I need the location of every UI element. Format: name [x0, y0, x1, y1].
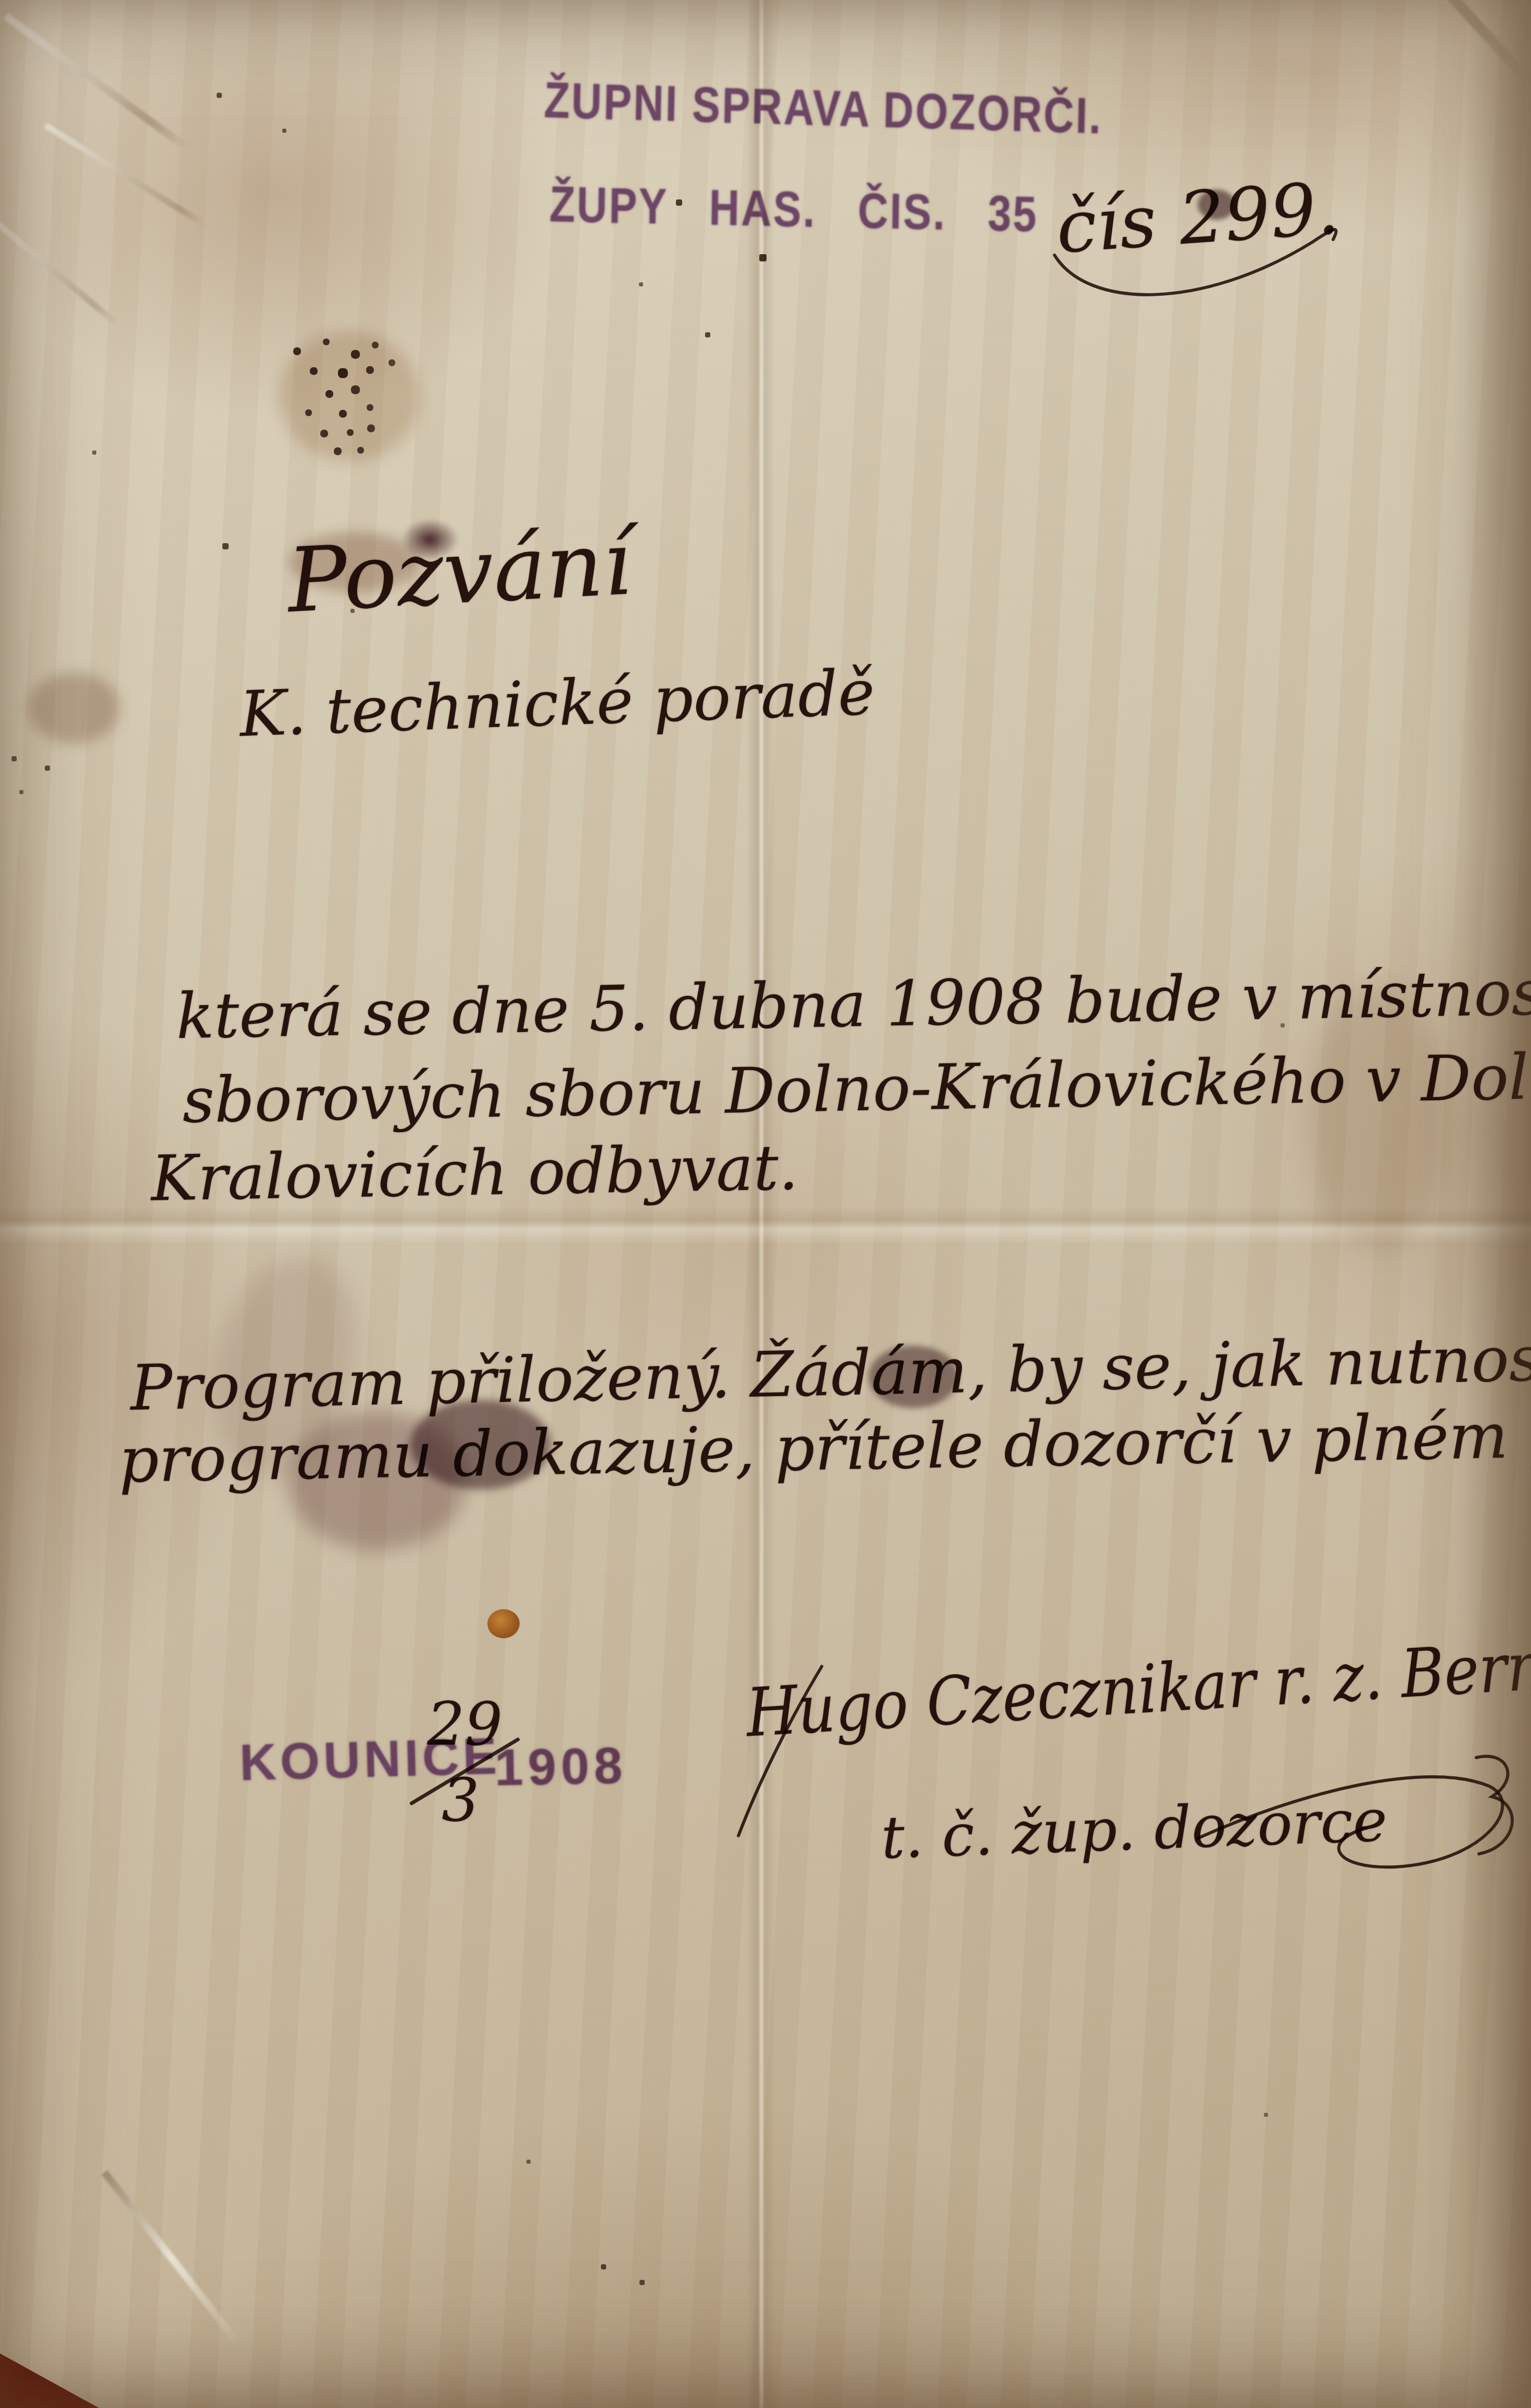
body-line: která se dne 5. dubna 1908 bude v místno… [175, 955, 1531, 1053]
stain [29, 673, 120, 743]
top-left-crease [44, 123, 206, 228]
table-corner-background [0, 2328, 99, 2408]
date-month: 3 [442, 1765, 480, 1835]
date-day: 29 [427, 1689, 503, 1759]
body-line: sborových sboru Dolno-Královického v Dol… [182, 1039, 1531, 1137]
signature-underline-flourish [1187, 1750, 1521, 1896]
letter-document: ŽUPNI SPRAVA DOZORČI. ŽUPY HAS. ČIS. 35 … [0, 0, 1531, 2408]
signature-name: Hugo Czecznikar r. z. Bernitz [745, 1623, 1531, 1752]
org-stamp-line2: ŽUPY HAS. ČIS. 35 [549, 176, 1038, 243]
ink-specks [0, 0, 1, 1]
body-line: Kralovicích odbyvat. [150, 1132, 799, 1215]
right-edge-shadow [1463, 0, 1531, 2408]
top-left-crease [4, 13, 190, 151]
stain [279, 331, 420, 461]
bottom-left-fold [102, 2170, 242, 2347]
wax-stain-dot [487, 1609, 520, 1638]
letter-subtitle: K. technické poradě [239, 657, 876, 751]
signature-opening-stroke [728, 1656, 843, 1843]
org-stamp-line1: ŽUPNI SPRAVA DOZORČI. [544, 72, 1103, 145]
reference-underline-flourish [1041, 219, 1364, 333]
year-stamp: 1908 [494, 1736, 628, 1797]
ink-speckle-cluster [292, 338, 294, 341]
top-left-crease [0, 221, 119, 327]
letter-title: Pozvání [285, 512, 634, 633]
